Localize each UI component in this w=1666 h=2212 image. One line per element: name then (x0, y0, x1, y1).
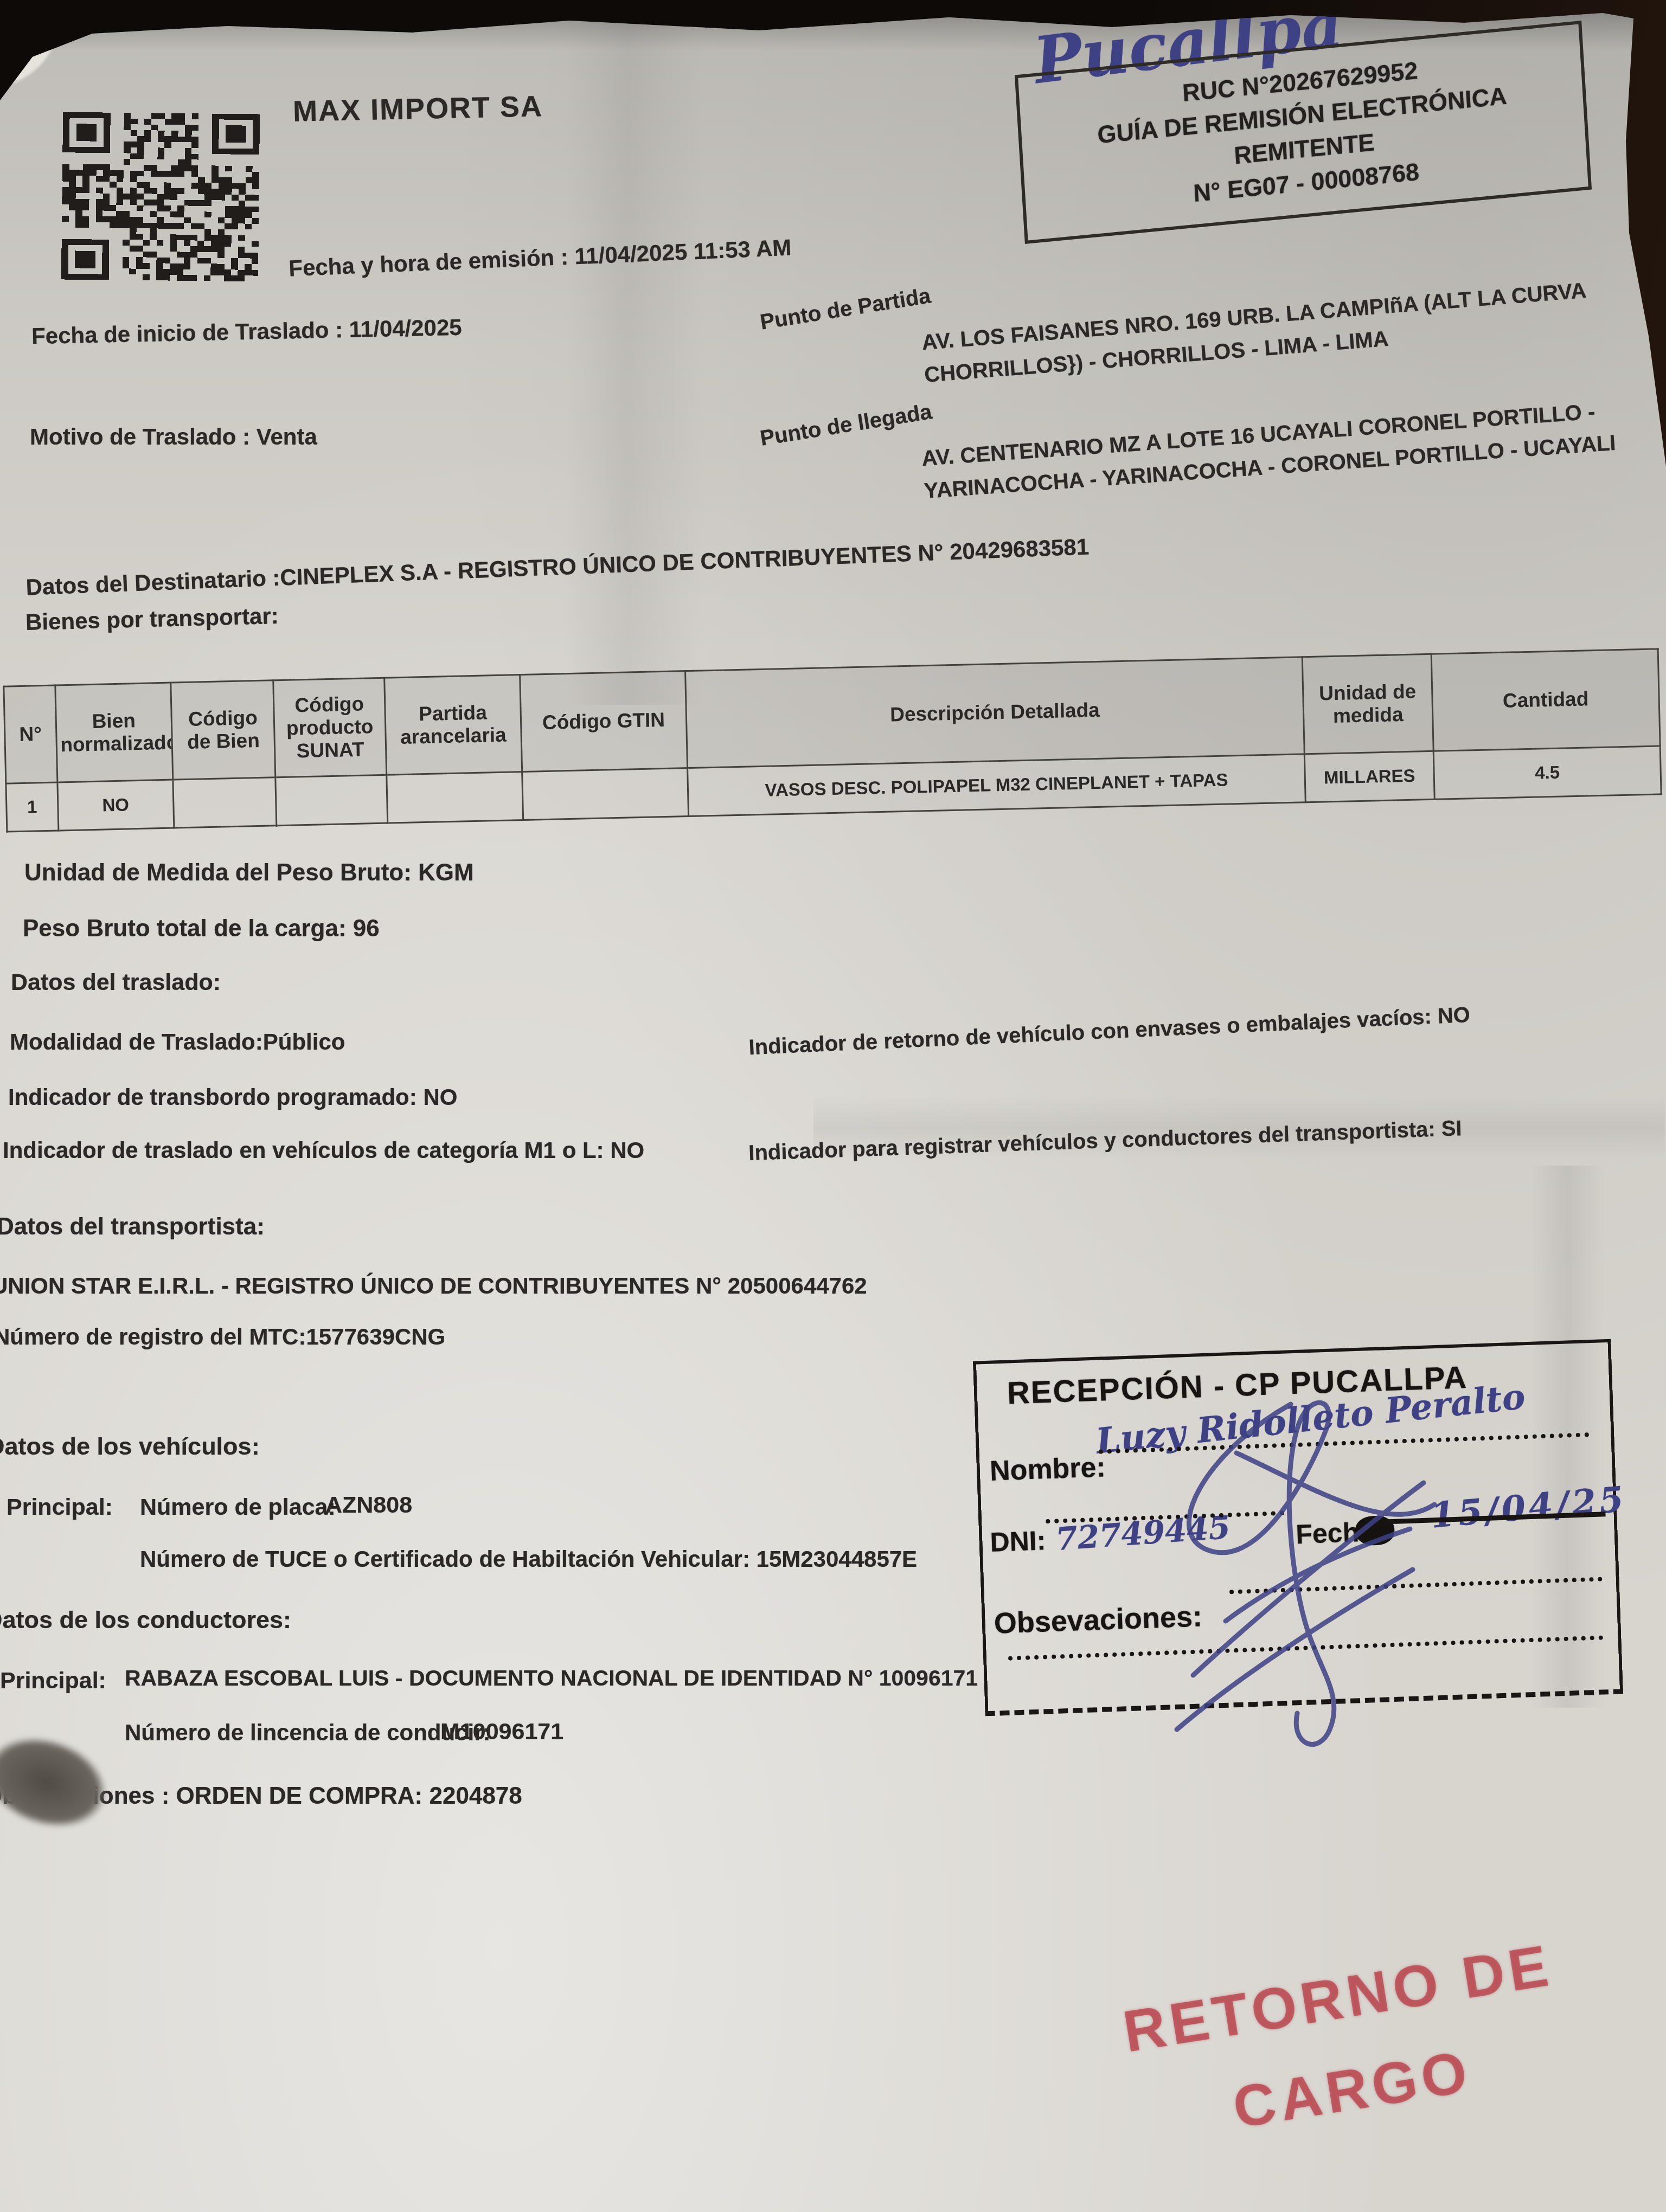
license-value: M10096171 (440, 1719, 563, 1745)
cell-tariff (386, 772, 523, 824)
goods-table: N° Bien normalizado Código de Bien Códig… (3, 648, 1662, 832)
col-unit: Unidad de medida (1302, 654, 1433, 754)
emission-datetime: Fecha y hora de emisión : 11/04/2025 11:… (288, 235, 792, 282)
register-indicator: Indicador para registrar vehículos y con… (748, 1116, 1463, 1166)
driver-line: RABAZA ESCOBAL LUIS - DOCUMENTO NACIONAL… (125, 1666, 978, 1691)
stamp-dni-label: DNI: (990, 1525, 1047, 1558)
carrier-section-label: Datos del transportista: (0, 1213, 265, 1240)
qr-code-icon (54, 106, 266, 287)
license-label: Número de lincencia de conducir: (125, 1720, 490, 1746)
col-normalized: Bien normalizado (55, 683, 173, 782)
return-indicator: Indicador de retorno de vehículo con env… (748, 1003, 1471, 1060)
origin-address: AV. LOS FAISANES NRO. 169 URB. LA CAMPIñ… (920, 268, 1666, 391)
cell-unit: MILLARES (1304, 751, 1434, 802)
transfer-modality: Modalidad de Traslado:Público (10, 1029, 345, 1055)
gross-weight-line: Peso Bruto total de la carga: 96 (23, 915, 380, 942)
origin-label: Punto de Partida (758, 284, 932, 335)
document-page: MAX IMPORT SA Pucallpa RUC N°20267629952… (0, 0, 1666, 2212)
cell-code (173, 777, 277, 828)
cell-n: 1 (6, 782, 59, 832)
retorno-de-cargo-stamp: RETORNO DE CARGO (1047, 1908, 1643, 2180)
stamp-name-label: Nombre: (989, 1451, 1106, 1487)
col-n: N° (4, 685, 57, 783)
drivers-section-label: Datos de los conductores: (0, 1606, 291, 1634)
destination-label: Punto de llegada (758, 400, 933, 451)
goods-section-label: Bienes por transportar: (25, 603, 279, 635)
m1l-indicator: Indicador de traslado en vehículos de ca… (3, 1137, 644, 1163)
driver-principal-label: Principal: (0, 1668, 106, 1694)
col-gtin: Código GTIN (520, 671, 687, 772)
cell-sunat (275, 775, 387, 826)
vehicles-section-label: Datos de los vehículos: (0, 1432, 260, 1461)
carrier-name-ruc: UNION STAR E.I.R.L. - REGISTRO ÚNICO DE … (0, 1273, 867, 1299)
col-qty: Cantidad (1431, 649, 1660, 751)
transfer-section-label: Datos del traslado: (11, 969, 221, 996)
consignee-line: Datos del Destinatario :CINEPLEX S.A - R… (25, 533, 1090, 600)
plate-label: Número de placa: (140, 1494, 336, 1521)
paper-corner-curl (0, 13, 65, 97)
start-date: Fecha de inicio de Traslado : 11/04/2025 (31, 314, 463, 350)
destination-address: AV. CENTENARIO MZ A LOTE 16 UCAYALI CORO… (920, 390, 1666, 507)
plate-value: AZN808 (325, 1492, 412, 1519)
transshipment-indicator: Indicador de transbordo programado: NO (8, 1084, 457, 1110)
shadow-blob (0, 1701, 144, 1863)
cell-gtin (522, 768, 689, 820)
vehicle-principal-label: Principal: (7, 1494, 113, 1521)
col-sunat: Código producto SUNAT (273, 678, 386, 777)
cell-qty: 4.5 (1433, 746, 1661, 799)
crease-vertical (564, 0, 705, 705)
carrier-mtc: Número de registro del MTC:1577639CNG (0, 1324, 445, 1350)
tuce-line: Número de TUCE o Certificado de Habiltac… (140, 1546, 917, 1572)
company-name: MAX IMPORT SA (292, 89, 543, 128)
col-code: Código de Bien (171, 680, 275, 780)
weight-unit-line: Unidad de Medida del Peso Bruto: KGM (24, 859, 474, 886)
signature (1128, 1366, 1475, 1800)
transfer-reason: Motivo de Traslado : Venta (30, 424, 317, 450)
cell-normalized: NO (57, 780, 174, 831)
col-tariff: Partida arancelaria (384, 675, 522, 775)
col-description: Descripción Detallada (685, 657, 1304, 768)
